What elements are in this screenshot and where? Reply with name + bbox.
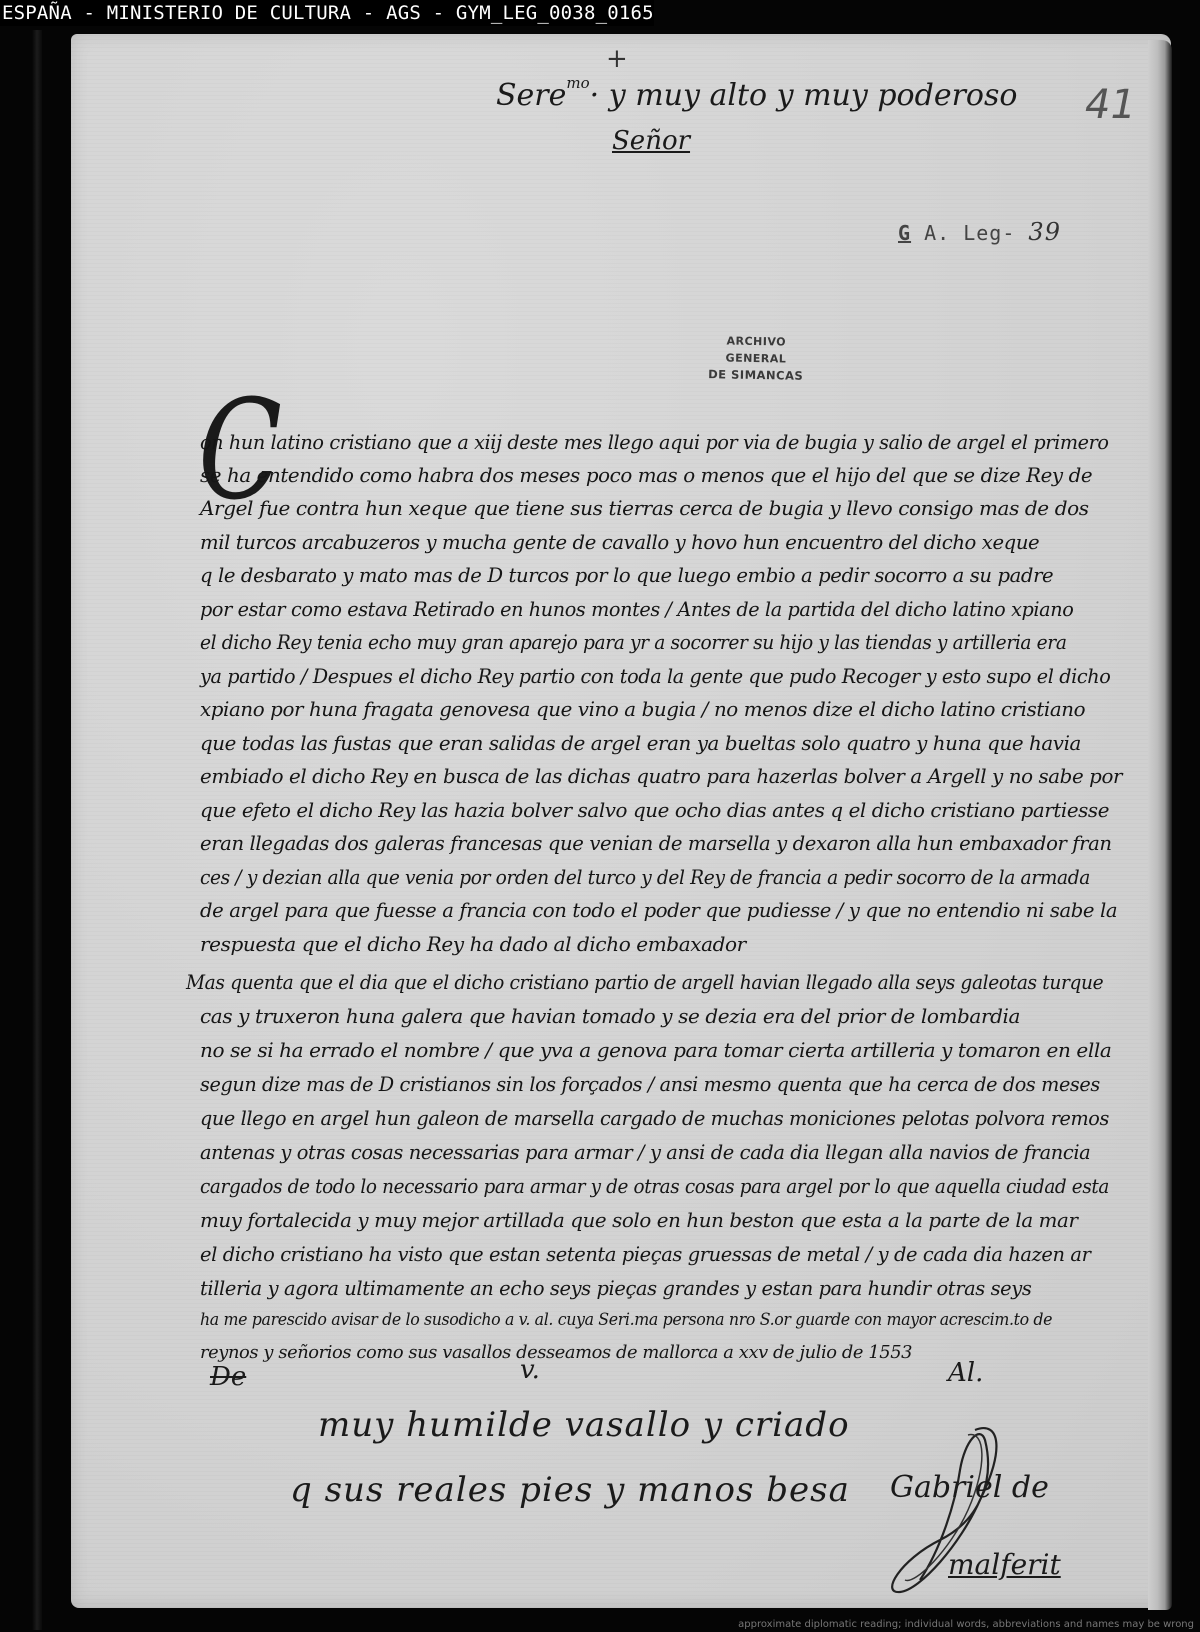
salutation-line-1: Seremo· y muy alto y muy poderoso [496,78,1017,113]
signer-name-line-2: malferit [948,1548,1061,1581]
body-line: segun dize mas de D cristianos sin los f… [200,1072,1100,1096]
body-line: no se si ha errado el nombre / que yva a… [200,1038,1111,1062]
body-line: Argel fue contra hun xeque que tiene sus… [200,496,1089,520]
body-line: antenas y otras cosas necessarias para a… [200,1140,1090,1164]
stamp-line-1: ARCHIVO GENERAL [696,332,817,368]
body-line: q le desbarato y mato mas de D turcos po… [200,563,1053,587]
top-cross-mark: + [606,44,628,74]
body-line: muy fortalecida y muy mejor artillada qu… [200,1208,1078,1232]
salutation-superscript: mo [566,74,589,92]
body-line: por estar como estava Retirado en hunos … [200,597,1073,621]
signature-courtesy-line-1: muy humilde vasallo y criado [318,1405,850,1445]
body-line: que efeto el dicho Rey las hazia bolver … [200,798,1109,822]
body-line: ya partido / Despues el dicho Rey partio… [200,664,1110,688]
body-line: cargados de todo lo necessario para arma… [200,1174,1109,1198]
transcription-status-note: approximate diplomatic reading; individu… [738,1619,1194,1630]
body-line: xpiano por huna fragata genovesa que vin… [200,697,1085,721]
body-line: de argel para que fuesse a francia con t… [200,898,1117,922]
body-line: reynos y señorios como sus vasallos dess… [200,1342,912,1363]
body-line: ha me parescido avisar de lo susodicho a… [200,1310,1052,1330]
legajo-number: 39 [1028,218,1061,246]
body-line: Mas quenta que el dia que el dicho crist… [186,970,1103,994]
legajo-label: G A. Leg- 39 [898,218,1061,246]
scan-binding-strip [32,30,42,1630]
body-line: cas y truxeron huna galera que havian to… [200,1004,1020,1028]
archive-header-bar: ESPAÑA - MINISTERIO DE CULTURA - AGS - G… [0,0,654,26]
salutation-line-2: Señor [612,126,690,156]
body-line: el dicho cristiano ha visto que estan se… [200,1242,1090,1266]
legajo-g: G [898,221,911,245]
body-line: eran llegadas dos galeras francesas que … [200,831,1112,855]
signer-name-line-1: Gabriel de [890,1470,1049,1505]
body-line: que todas las fustas que eran salidas de… [200,731,1081,755]
body-line: tilleria y agora ultimamente an echo sey… [200,1276,1031,1300]
body-line: respuesta que el dicho Rey ha dado al di… [200,932,746,956]
body-line: el dicho Rey tenia echo muy gran aparejo… [200,630,1067,654]
closing-left-mark: De [210,1362,246,1392]
archive-stamp: ARCHIVO GENERAL DE SIMANCAS [696,332,817,385]
body-line: on hun latino cristiano que a xiij deste… [200,430,1109,454]
page-stack-edge [1148,40,1172,1610]
body-line: mil turcos arcabuzeros y mucha gente de … [200,530,1039,554]
stamp-line-2: DE SIMANCAS [696,366,816,385]
salutation-rest: · y muy alto y muy poderoso [590,78,1018,113]
salutation-prefix: Sere [496,78,566,113]
body-line: se ha entendido como habra dos meses poc… [200,463,1092,487]
body-line: embiado el dicho Rey en busca de las dic… [200,764,1122,788]
closing-right-mark: Al. [948,1358,983,1388]
closing-middle-mark: v. [520,1355,540,1385]
legajo-text: A. Leg- [911,221,1028,245]
signature-courtesy-line-2: q sus reales pies y manos besa [290,1470,850,1510]
folio-number: 41 [1085,82,1136,128]
body-line: ces / y dezian alla que venia por orden … [200,865,1090,889]
body-line: que llego en argel hun galeon de marsell… [200,1106,1109,1130]
